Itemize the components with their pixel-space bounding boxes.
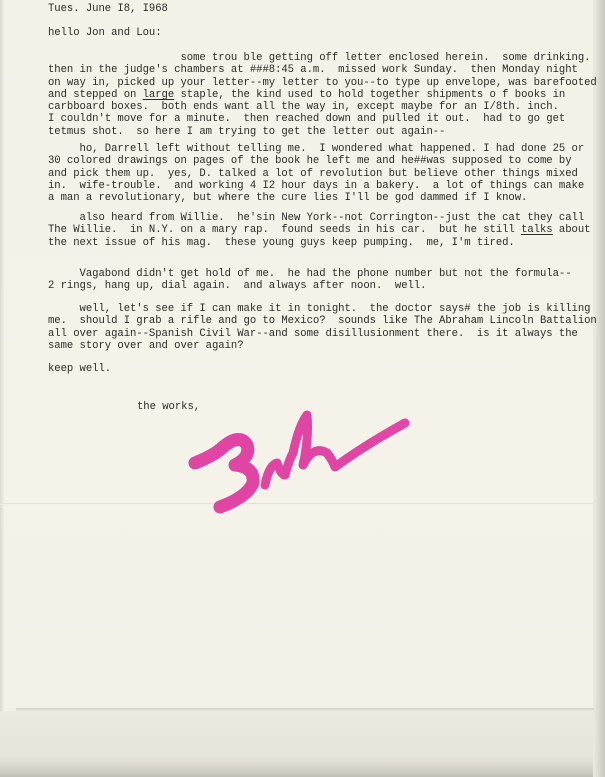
underlined-word: large — [143, 89, 175, 101]
text-line: the next issue of his mag. these young g… — [48, 237, 590, 249]
text-line: on way in, picked up your letter--my let… — [48, 77, 597, 89]
text-line: ho, Darrell left without telling me. I w… — [48, 143, 584, 155]
text-line: The Willie. in N.Y. on a mary rap. found… — [48, 224, 590, 236]
text-line: me. should I grab a rifle and go to Mexi… — [48, 315, 597, 327]
paragraph-3: also heard from Willie. he'sin New York-… — [48, 212, 590, 249]
text-line: carbboard boxes. both ends want all the … — [48, 101, 597, 113]
text-line: in. wife-trouble. and working 4 I2 hour … — [48, 180, 584, 192]
text-line: tetmus shot. so here I am trying to get … — [48, 126, 597, 138]
text-line: and stepped on large staple, the kind us… — [48, 89, 597, 101]
text-line: all over again--Spanish Civil War--and s… — [48, 328, 597, 340]
underlined-word: talks — [521, 224, 553, 236]
text-line: then in the judge's chambers at ###8:45 … — [48, 64, 597, 76]
text-line: I couldn't move for a minute. then reach… — [48, 113, 597, 125]
paragraph-5: well, let's see if I can make it in toni… — [48, 303, 597, 352]
letter-date: Tues. June I8, I968 — [48, 3, 168, 15]
text-line: Vagabond didn't get hold of me. he had t… — [48, 268, 572, 280]
text-line: some trou ble getting off letter enclose… — [48, 52, 597, 64]
text-line: also heard from Willie. he'sin New York-… — [48, 212, 590, 224]
text-line: well, let's see if I can make it in toni… — [48, 303, 597, 315]
letter-closing: keep well. — [48, 363, 111, 375]
paragraph-2: ho, Darrell left without telling me. I w… — [48, 143, 584, 204]
text-line: same story over and over again? — [48, 340, 597, 352]
text-line: a man a revolutionary, but where the cur… — [48, 192, 584, 204]
paper-left-edge — [0, 0, 4, 777]
text-line: and pick them up. yes, D. talked a lot o… — [48, 168, 584, 180]
letter-page: Tues. June I8, I968 hello Jon and Lou: s… — [0, 0, 605, 777]
paragraph-1: some trou ble getting off letter enclose… — [48, 52, 597, 138]
letter-greeting: hello Jon and Lou: — [48, 27, 162, 39]
text-line: 2 rings, hang up, dial again. and always… — [48, 280, 572, 292]
handwritten-signature — [185, 405, 415, 515]
paper-bottom-fold — [0, 711, 593, 777]
paragraph-4: Vagabond didn't get hold of me. he had t… — [48, 268, 572, 293]
text-line: 30 colored drawings on pages of the book… — [48, 155, 584, 167]
